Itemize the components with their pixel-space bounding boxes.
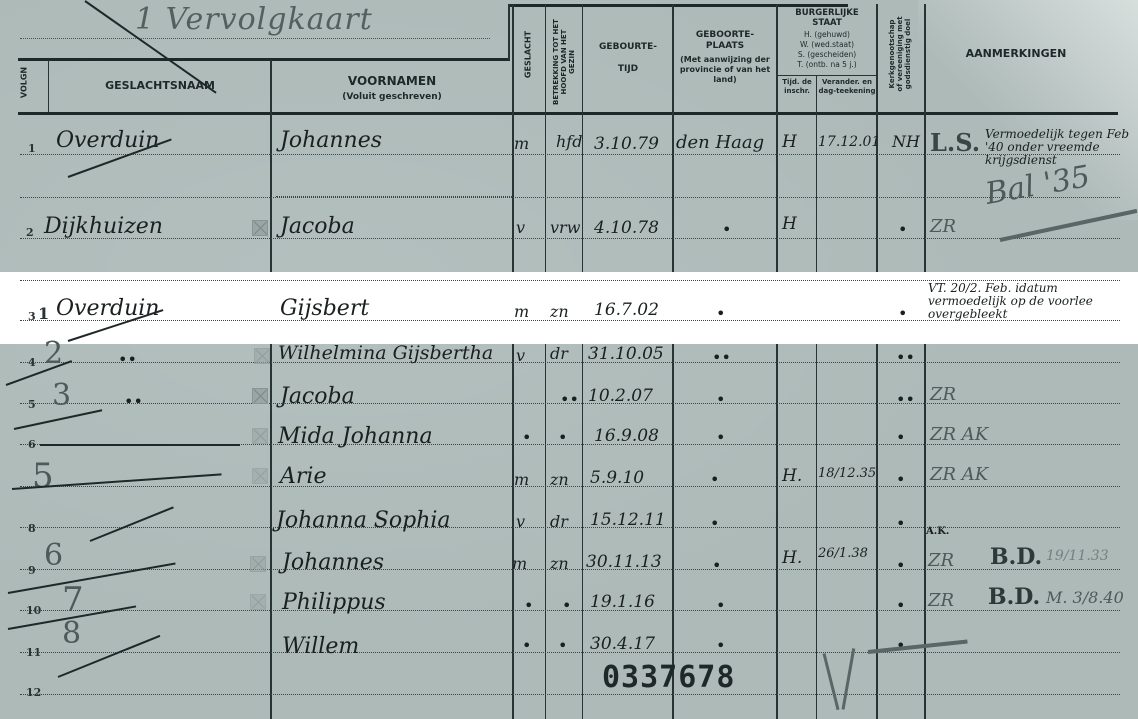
birth-place: den Haag xyxy=(676,132,764,153)
header-bs-s: S. (gescheiden) xyxy=(778,50,876,59)
church: • xyxy=(898,220,907,239)
sex: v xyxy=(516,512,525,531)
header-volgn: VOLGN xyxy=(20,61,29,105)
remark: VT. 20/2. Feb. idatum vermoedelijk op de… xyxy=(928,282,1128,321)
order-number: 1 xyxy=(38,304,49,323)
table-row: 2 Dijkhuizen Jacoba v vrw 4.10.78 • H • … xyxy=(0,214,1138,252)
order-number: 5 xyxy=(32,456,54,496)
row-number: 2 xyxy=(26,226,34,239)
remark-stamp: L.S. xyxy=(930,128,980,157)
surname: Dijkhuizen xyxy=(44,214,163,239)
checkbox-marked-icon xyxy=(254,348,270,364)
remark: Vermoedelijk tegen Feb '40 onder vreemde… xyxy=(985,128,1135,167)
church: • xyxy=(896,514,905,533)
crossout-stroke xyxy=(40,444,240,446)
header-bs-w: W. (wed.staat) xyxy=(778,40,876,49)
sex: m xyxy=(512,554,527,573)
relation: • xyxy=(558,636,567,655)
row-line xyxy=(20,197,1120,198)
header-geboortetijd-2: TIJD xyxy=(584,64,672,74)
church: • xyxy=(896,428,905,447)
birth-date: 31.10.05 xyxy=(588,344,664,364)
row-number: 5 xyxy=(28,398,36,411)
given-names: Jacoba xyxy=(280,214,355,239)
sex: v xyxy=(516,218,525,237)
given-names: Johannes xyxy=(282,550,384,575)
table-row: 5 3 •• Jacoba •• 10.2.07 • •• ZR xyxy=(0,382,1138,420)
order-number: 6 xyxy=(44,538,63,573)
table-row: 12 xyxy=(0,674,1138,712)
order-number: 7 xyxy=(62,580,84,620)
given-names: Gijsbert xyxy=(280,296,369,321)
row-number: 12 xyxy=(26,686,41,699)
birth-place: • xyxy=(710,514,719,533)
birth-date: 19.1.16 xyxy=(590,592,655,612)
header-top-rule xyxy=(18,58,510,61)
sex: m xyxy=(514,302,529,321)
header-geboorteplaats-1: GEBOORTE- xyxy=(674,30,776,40)
church: NH xyxy=(892,132,920,151)
row-number: 6 xyxy=(28,438,36,451)
birth-place: • xyxy=(716,596,725,615)
birth-date: 16.7.02 xyxy=(594,300,659,320)
church: • xyxy=(896,556,905,575)
header-geslacht: GESLACHT xyxy=(524,23,533,87)
birth-place: • xyxy=(722,220,731,239)
header-geboorteplaats-sub: (Met aanwijzing der provincie of van het… xyxy=(676,55,774,85)
sex: • xyxy=(522,428,531,447)
header-top-rule-right xyxy=(508,4,848,7)
relation: zn xyxy=(550,554,569,573)
row-number: 9 xyxy=(28,564,36,577)
relation: • xyxy=(558,428,567,447)
relation: zn xyxy=(550,302,569,321)
birth-date: 4.10.78 xyxy=(594,218,659,238)
row-number: 11 xyxy=(26,646,41,659)
remark: ZR AK xyxy=(930,424,988,445)
header-kerkgenootschap: Kerkgenootschap of vereeniging met godsd… xyxy=(888,16,912,92)
status-change-date: 18/12.35 xyxy=(818,466,876,481)
sex: • xyxy=(522,636,531,655)
checkbox-marked-icon xyxy=(252,388,268,404)
remark: ZR xyxy=(928,590,954,611)
sex: m xyxy=(514,134,529,153)
registration-card: 1 Vervolgkaart VOLGN GESLACHTSNAAM VOORN… xyxy=(0,0,1138,719)
birth-date: 5.9.10 xyxy=(590,468,644,488)
order-number: 3 xyxy=(52,378,71,413)
table-row-highlighted: 3 1 Overduin Gijsbert m zn 16.7.02 • • V… xyxy=(0,296,1138,334)
serial-number: 0337678 xyxy=(602,660,735,695)
relation: dr xyxy=(550,344,568,363)
bs-subdivider xyxy=(776,75,876,76)
birth-place: •• xyxy=(712,348,731,367)
birth-date: 16.9.08 xyxy=(594,426,659,446)
table-row: 8 Johanna Sophia v dr 15.12.11 • • xyxy=(0,508,1138,546)
header-bs-h: H. (gehuwd) xyxy=(778,30,876,39)
order-number: 8 xyxy=(62,616,81,651)
table-row: 4 2 •• Wilhelmina Gijsbertha v dr 31.10.… xyxy=(0,340,1138,378)
remark-stamp: B.D. xyxy=(990,544,1042,570)
surname-ditto: •• xyxy=(118,350,137,369)
sex: m xyxy=(514,470,529,489)
church: •• xyxy=(896,348,915,367)
remark-date: M. 3/8.40 xyxy=(1046,588,1124,607)
checkbox-marked-icon xyxy=(252,220,268,236)
civil-status: H xyxy=(782,214,797,234)
given-names: Willem xyxy=(282,634,359,659)
birth-place: • xyxy=(716,428,725,447)
given-names: Arie xyxy=(280,464,326,489)
civil-status: H xyxy=(782,132,797,152)
relation: zn xyxy=(550,470,569,489)
birth-date: 10.2.07 xyxy=(588,386,653,406)
surname-ditto: •• xyxy=(124,392,143,411)
remark: ZR AK xyxy=(930,464,988,485)
birth-place: • xyxy=(710,470,719,489)
church: • xyxy=(896,470,905,489)
birth-date: 30.4.17 xyxy=(590,634,655,654)
header-step-rule xyxy=(508,4,510,60)
table-row: 5 Arie m zn 5.9.10 • H. 18/12.35 • ZR AK xyxy=(0,464,1138,502)
given-names: Johanna Sophia xyxy=(276,508,451,533)
status-change-date: 17.12.01 xyxy=(818,134,880,150)
church: • xyxy=(898,304,907,323)
checkbox-marked-icon xyxy=(250,556,266,572)
header-verander: Verander. en dag-teekening xyxy=(818,78,876,96)
table-row: 11 8 Willem • • 30.4.17 • • xyxy=(0,632,1138,670)
status-change-date: 26/1.38 xyxy=(818,546,868,561)
table-row: 1 Overduin Johannes m hfd 3.10.79 den Ha… xyxy=(0,128,1138,166)
header-voornamen-sub: (Voluit geschreven) xyxy=(272,92,512,102)
header-voornamen: VOORNAMEN xyxy=(272,74,512,88)
civil-status: H. xyxy=(782,466,802,486)
remark: ZR xyxy=(930,216,956,237)
given-names: Mida Johanna xyxy=(278,424,433,449)
civil-status: H. xyxy=(782,548,802,568)
header-bottom-rule xyxy=(18,112,1118,115)
table-row: 9 6 Johannes m zn 30.11.13 • H. 26/1.38 … xyxy=(0,548,1138,586)
birth-place: • xyxy=(716,636,725,655)
table-row: 10 7 Philippus • • 19.1.16 • • ZR B.D. M… xyxy=(0,590,1138,628)
header-burgerlijke-staat-2: STAAT xyxy=(778,18,876,28)
birth-date: 30.11.13 xyxy=(586,552,662,572)
relation: hfd xyxy=(556,132,582,151)
checkbox-marked-icon xyxy=(252,468,268,484)
church: •• xyxy=(896,390,915,409)
table-row: 6 Mida Johanna • • 16.9.08 • • ZR AK xyxy=(0,424,1138,462)
header-geslachtsnaam: GESLACHTSNAAM xyxy=(50,79,270,92)
given-names: Johannes xyxy=(280,128,382,153)
row-number: 4 xyxy=(28,356,36,369)
birth-place: • xyxy=(712,556,721,575)
row-number: 3 xyxy=(28,310,36,323)
birth-place: • xyxy=(716,390,725,409)
sex: v xyxy=(516,346,525,365)
header-betrekking: BETREKKING TOT HET HOOFD VAN HET GEZIN xyxy=(552,17,576,107)
sex: • xyxy=(524,596,533,615)
header-burgerlijke-staat-1: BURGERLIJKE xyxy=(778,8,876,18)
checkbox-marked-icon xyxy=(250,594,266,610)
header-geboorteplaats-2: PLAATS xyxy=(674,41,776,51)
birth-date: 15.12.11 xyxy=(590,510,666,530)
remark: ZR xyxy=(930,384,956,405)
checkbox-marked-icon xyxy=(252,428,268,444)
relation: dr xyxy=(550,512,568,531)
ak-stamp: A.K. xyxy=(926,526,949,537)
header-geboortetijd-1: GEBOURTE- xyxy=(584,42,672,52)
birth-date: 3.10.79 xyxy=(594,134,659,154)
birth-place: • xyxy=(716,304,725,323)
relation: •• xyxy=(560,390,579,409)
given-names: Jacoba xyxy=(280,384,355,409)
row-number: 1 xyxy=(28,142,36,155)
relation: vrw xyxy=(550,218,580,237)
title-dotted-line xyxy=(20,38,490,39)
remark-stamp: B.D. xyxy=(988,584,1040,610)
row-number: 10 xyxy=(26,604,41,617)
given-names: Philippus xyxy=(282,590,386,615)
church: • xyxy=(896,596,905,615)
header-aanmerkingen: AANMERKINGEN xyxy=(926,47,1106,60)
row-number: 8 xyxy=(28,522,36,535)
handwritten-title: 1 Vervolgkaart xyxy=(135,2,373,37)
remark: ZR xyxy=(928,550,954,571)
given-names: Wilhelmina Gijsbertha xyxy=(278,342,493,364)
remark-date: 19/11.33 xyxy=(1046,548,1109,564)
col-rule-volgn xyxy=(48,60,49,112)
relation: • xyxy=(562,596,571,615)
header-bs-t: T. (ontb. na 5 j.) xyxy=(778,60,876,69)
header-tijd-inschr: Tijd. de inschr. xyxy=(778,78,816,96)
